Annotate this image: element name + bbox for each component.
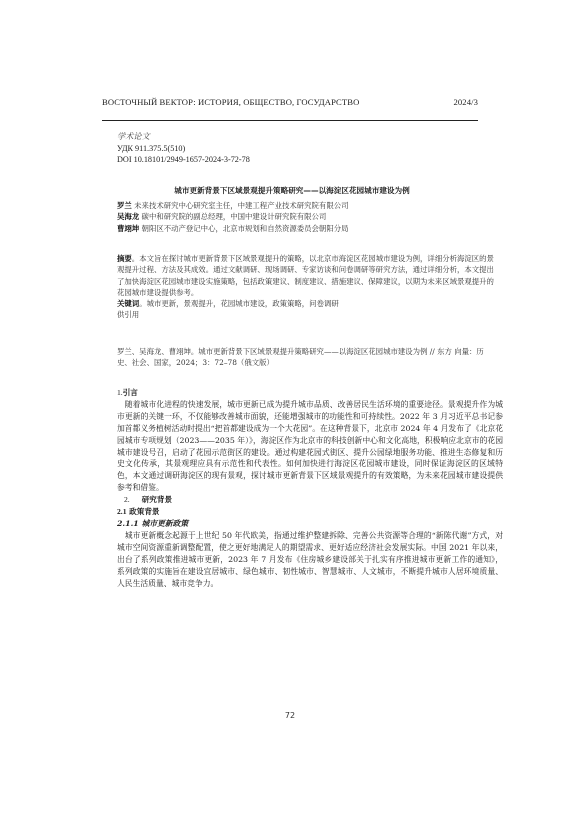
citation: 罗兰、吴海龙、曹翊坤。城市更新背景下区域景观提升策略研究——以海淀区花园城市建设… [117, 346, 497, 369]
keywords: 关键词。城市更新，景观提升，花园城市建设，政策策略，问卷调研 [117, 298, 497, 309]
abstract-text: 。本文旨在探讨城市更新背景下区域景观提升的策略，以北京市海淀区花园城市建设为例，… [117, 254, 494, 297]
author-name: 曹翊坤 [117, 224, 139, 233]
author-entry: 吴海龙 碳中和研究院的副总经理，中国中建设计研究院有限公司 [117, 211, 349, 222]
article-title: 城市更新背景下区域景观提升策略研究——以海淀区花园城市建设为例 [117, 185, 467, 196]
article-type: 学术论文 [117, 131, 250, 143]
renewal-policy-paragraph: 城市更新概念起源于上世纪 50 年代欧美，指通过维护整建拆除、完善公共资源等合理… [117, 530, 503, 590]
issue-number: 2024/3 [454, 97, 478, 107]
udc-code: УДК 911.375.5(510) [117, 143, 250, 155]
author-list: 罗兰 未来技术研究中心研究室主任，中建工程产业技术研究院有限公司 吴海龙 碳中和… [117, 200, 349, 234]
article-meta: 学术论文 УДК 911.375.5(510) DOI 10.18101/294… [117, 131, 250, 166]
author-affiliation: 碳中和研究院的副总经理，中国中建设计研究院有限公司 [142, 212, 327, 221]
running-header: ВОСТОЧНЫЙ ВЕКТОР: ИСТОРИЯ, ОБЩЕСТВО, ГОС… [102, 97, 478, 107]
doi: DOI 10.18101/2949-1657-2024-3-72-78 [117, 154, 250, 166]
keywords-label: 关键词 [117, 299, 139, 308]
author-affiliation: 未来技术研究中心研究室主任，中建工程产业技术研究院有限公司 [134, 201, 348, 210]
subsection-heading-policy: 2.1 政策背景 [117, 506, 503, 518]
page-number: 72 [0, 711, 580, 720]
section-heading-background: 2.研究背景 [117, 494, 503, 506]
keywords-text: 。城市更新，景观提升，花园城市建设，政策策略，问卷调研 [139, 299, 339, 308]
author-entry: 罗兰 未来技术研究中心研究室主任，中建工程产业技术研究院有限公司 [117, 200, 349, 211]
author-name: 吴海龙 [117, 212, 139, 221]
header-rule [102, 120, 478, 121]
journal-title: ВОСТОЧНЫЙ ВЕКТОР: ИСТОРИЯ, ОБЩЕСТВО, ГОС… [102, 97, 359, 107]
subsubsection-heading-renewal-policy: 2.1.1 城市更新政策 [117, 518, 503, 530]
section-heading-intro: 1.引言 [117, 387, 503, 399]
article-body: 1.引言 随着城市化进程的快速发展，城市更新已成为提升城市品质、改善居民生活环境… [117, 387, 503, 589]
abstract-block: 摘要。本文旨在探讨城市更新背景下区域景观提升的策略，以北京市海淀区花园城市建设为… [117, 253, 497, 321]
author-entry: 曹翊坤 朝阳区不动产登记中心，北京市规划和自然资源委员会朝阳分局 [117, 223, 349, 234]
cite-label: 供引用 [117, 309, 497, 320]
author-affiliation: 朝阳区不动产登记中心，北京市规划和自然资源委员会朝阳分局 [142, 224, 349, 233]
abstract: 摘要。本文旨在探讨城市更新背景下区域景观提升的策略，以北京市海淀区花园城市建设为… [117, 253, 497, 298]
abstract-label: 摘要 [117, 254, 132, 263]
author-name: 罗兰 [117, 201, 132, 210]
intro-paragraph: 随着城市化进程的快速发展，城市更新已成为提升城市品质、改善居民生活环境的重要途径… [117, 399, 503, 494]
